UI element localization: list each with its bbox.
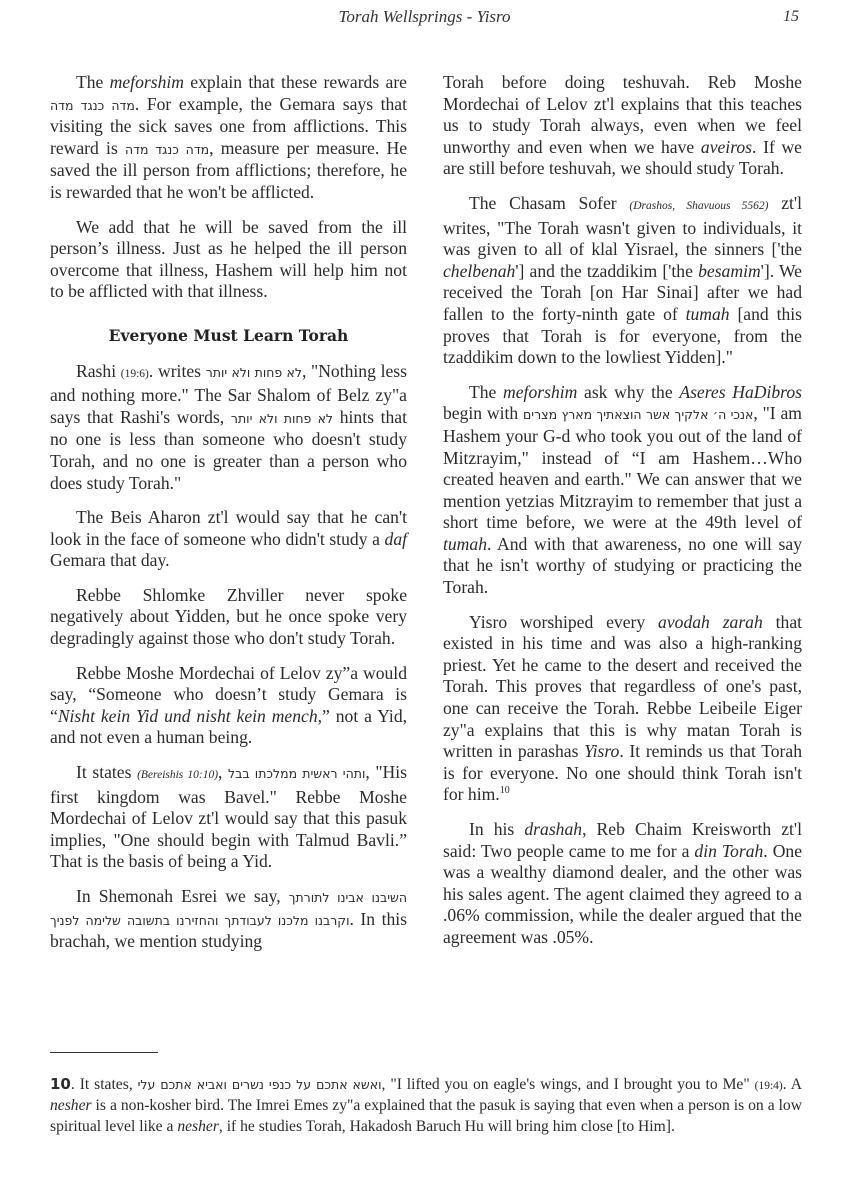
paragraph: Rebbe Moshe Mordechai of Lelov zy”a woul…	[50, 663, 407, 749]
text: explain that these rewards are	[184, 72, 407, 92]
footnote-separator	[50, 1052, 158, 1053]
italic-term: besamim	[698, 261, 761, 281]
italic-term: aveiros	[701, 137, 752, 157]
text: , "I lifted you on eagle's wings, and I …	[382, 1076, 755, 1093]
paragraph: We add that he will be saved from the il…	[50, 217, 407, 303]
footnote: 10. It states, ואשא אתכם על כנפי נשרים ו…	[50, 1074, 802, 1137]
italic-term: Nisht kein Yid und nisht kein mench	[58, 706, 318, 726]
text: ask why the	[577, 382, 679, 402]
italic-term: tumah	[686, 304, 730, 324]
text: . writes	[149, 361, 206, 381]
italic-term: daf	[385, 529, 407, 549]
paragraph: Torah before doing teshuvah. Reb Moshe M…	[443, 72, 802, 180]
text: . A	[783, 1076, 802, 1093]
italic-term: Aseres HaDibros	[679, 382, 802, 402]
left-column: The meforshim explain that these rewards…	[50, 72, 407, 966]
footnote-number: 10	[50, 1075, 71, 1093]
text: , if he studies Torah, Hakadosh Baruch H…	[219, 1118, 675, 1135]
text: The Beis Aharon zt'l would say that he c…	[50, 507, 407, 549]
text: ,	[218, 762, 228, 782]
source-citation: (Drashos, Shavuous 5562)	[629, 200, 768, 212]
paragraph: The Chasam Sofer (Drashos, Shavuous 5562…	[443, 193, 802, 369]
text: . It states,	[71, 1076, 138, 1093]
text: begin with	[443, 403, 523, 423]
italic-term: nesher	[50, 1097, 92, 1114]
paragraph: Yisro worshiped every avodah zarah that …	[443, 612, 802, 806]
footnote-marker[interactable]: 10	[500, 786, 510, 797]
paragraph: The meforshim explain that these rewards…	[50, 72, 407, 204]
hebrew-text: לא פחות ולא יותר	[231, 411, 333, 426]
hebrew-text: לא פחות ולא יותר	[206, 365, 302, 380]
text: In Shemonah Esrei we say,	[76, 886, 289, 906]
text: Gemara that day.	[50, 550, 170, 570]
text: The	[76, 72, 110, 92]
paragraph: Rebbe Shlomke Zhviller never spoke negat…	[50, 585, 407, 650]
paragraph: In Shemonah Esrei we say, השיבנו אבינו ל…	[50, 886, 407, 953]
text: that existed in his time and was also a …	[443, 612, 802, 762]
running-title: Torah Wellsprings - Yisro	[0, 7, 849, 27]
italic-term: avodah zarah	[658, 612, 763, 632]
text: '] and the tzaddikim ['the	[515, 261, 698, 281]
hebrew-text: ותהי ראשית ממלכתו בבל	[228, 766, 365, 781]
italic-term: Yisro	[584, 741, 619, 761]
page-number: 15	[783, 8, 799, 26]
source-citation: (19:4)	[755, 1080, 783, 1092]
paragraph: The meforshim ask why the Aseres HaDibro…	[443, 382, 802, 599]
paragraph: In his drashah, Reb Chaim Kreisworth zt'…	[443, 819, 802, 949]
text: Yisro worshiped every	[469, 612, 658, 632]
hebrew-text: מדה כנגד מדה	[50, 98, 135, 113]
paragraph: The Beis Aharon zt'l would say that he c…	[50, 507, 407, 572]
text: . And with that awareness, no one will s…	[443, 534, 802, 597]
italic-term: drashah	[524, 819, 582, 839]
italic-term: din Torah	[694, 841, 763, 861]
text: Rashi	[76, 361, 121, 381]
source-citation: (19:6)	[121, 368, 149, 380]
hebrew-text: אנכי ה׳ אלקיך אשר הוצאתיך מארץ מצרים	[523, 407, 753, 422]
paragraph: It states (Bereishis 10:10), ותהי ראשית …	[50, 762, 407, 873]
italic-term: meforshim	[503, 382, 577, 402]
hebrew-text: ואשא אתכם על כנפי נשרים ואביא אתכם עלי	[138, 1077, 382, 1092]
section-heading: Everyone Must Learn Torah	[50, 325, 407, 347]
italic-term: meforshim	[110, 72, 184, 92]
paragraph: Rashi (19:6). writes לא פחות ולא יותר, "…	[50, 361, 407, 495]
text: The	[469, 382, 503, 402]
hebrew-text: מדה כנגד מדה	[125, 142, 209, 157]
italic-term: tumah	[443, 534, 487, 554]
italic-term: chelbenah	[443, 261, 515, 281]
text: In his	[469, 819, 524, 839]
italic-term: nesher	[177, 1118, 219, 1135]
text: It states	[76, 762, 137, 782]
source-citation: (Bereishis 10:10)	[137, 769, 218, 781]
text: The Chasam Sofer	[469, 193, 629, 213]
right-column: Torah before doing teshuvah. Reb Moshe M…	[443, 72, 802, 962]
page-header: Torah Wellsprings - Yisro 15	[0, 4, 849, 28]
